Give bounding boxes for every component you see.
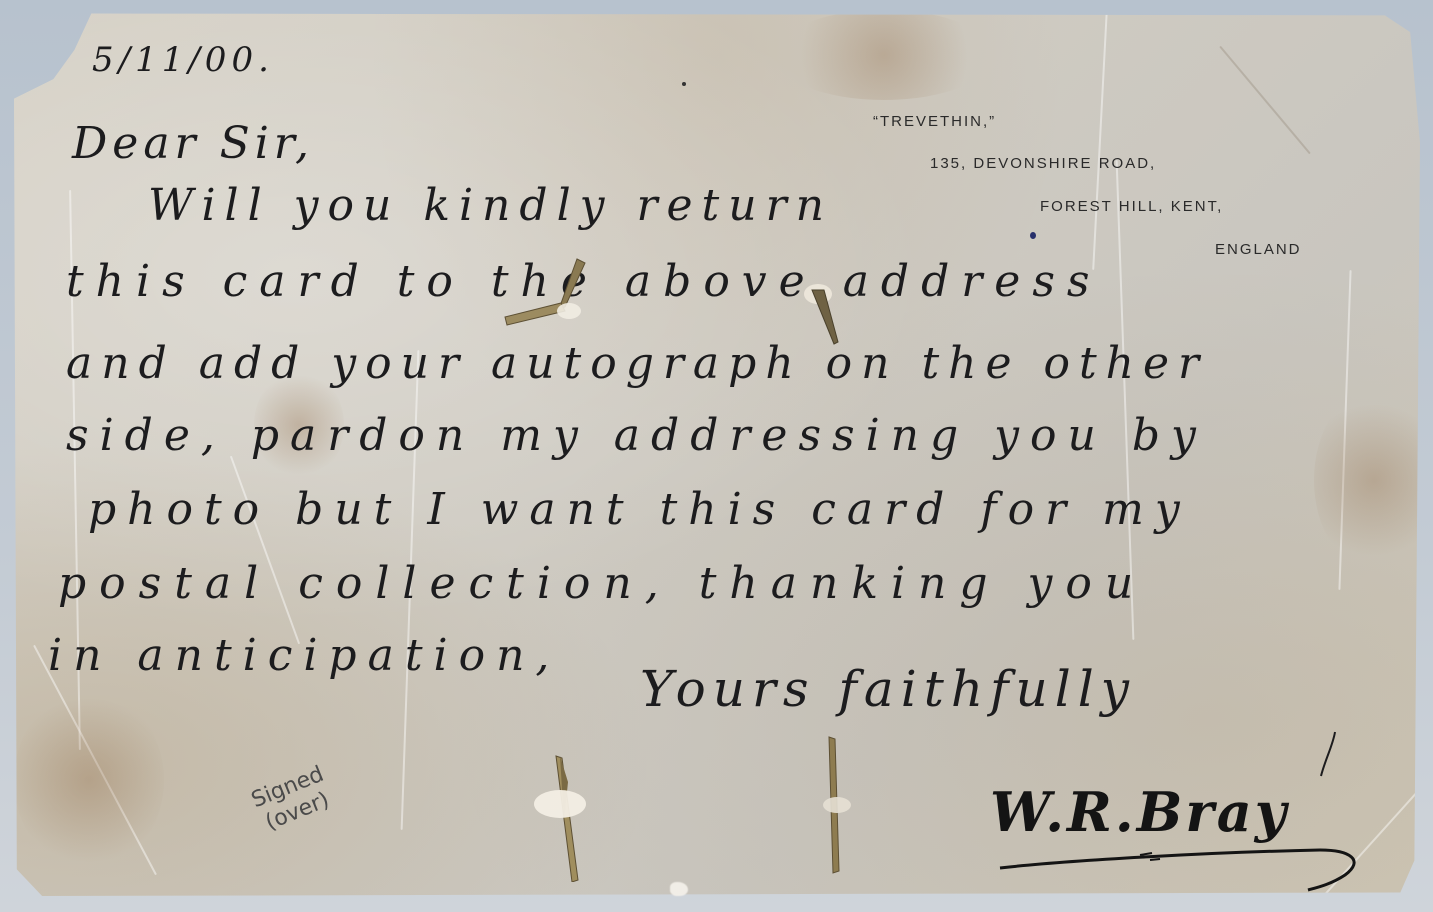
body-line-7: in anticipation, — [48, 630, 560, 681]
paper-fastener-icon — [530, 752, 600, 882]
ink-blot — [1030, 232, 1036, 239]
signature: W.R.Bray — [990, 780, 1289, 844]
signature-tick — [1315, 730, 1345, 780]
signature-underline — [990, 840, 1370, 910]
letter-closing: Yours faithfully — [640, 660, 1136, 718]
letterhead-house-name: “TREVETHIN,” — [873, 113, 996, 130]
letterhead-street: 135, DEVONSHIRE ROAD, — [930, 155, 1156, 172]
paper-fastener-icon — [495, 255, 595, 335]
body-line-1: Will you kindly return — [148, 180, 833, 231]
paper-fastener-icon — [815, 735, 855, 875]
crease — [1092, 10, 1108, 270]
paper-fastener-icon — [800, 280, 850, 350]
ink-blot — [682, 82, 686, 86]
paper-fragment — [670, 882, 688, 896]
letter-greeting: Dear Sir, — [72, 118, 314, 169]
body-line-4: side, pardon my addressing you by — [66, 410, 1207, 461]
letterhead-country: ENGLAND — [1215, 241, 1302, 258]
stain — [774, 10, 994, 100]
body-line-3: and add your autograph on the other — [66, 338, 1208, 389]
stain — [14, 690, 164, 870]
body-line-6: postal collection, thanking you — [58, 558, 1146, 609]
stain — [1314, 390, 1433, 570]
crease — [1219, 46, 1311, 155]
body-line-5: photo but I want this card for my — [88, 484, 1191, 535]
letterhead-locality: FOREST HILL, KENT, — [1040, 198, 1223, 215]
letter-date: 5/11/00. — [92, 40, 274, 80]
